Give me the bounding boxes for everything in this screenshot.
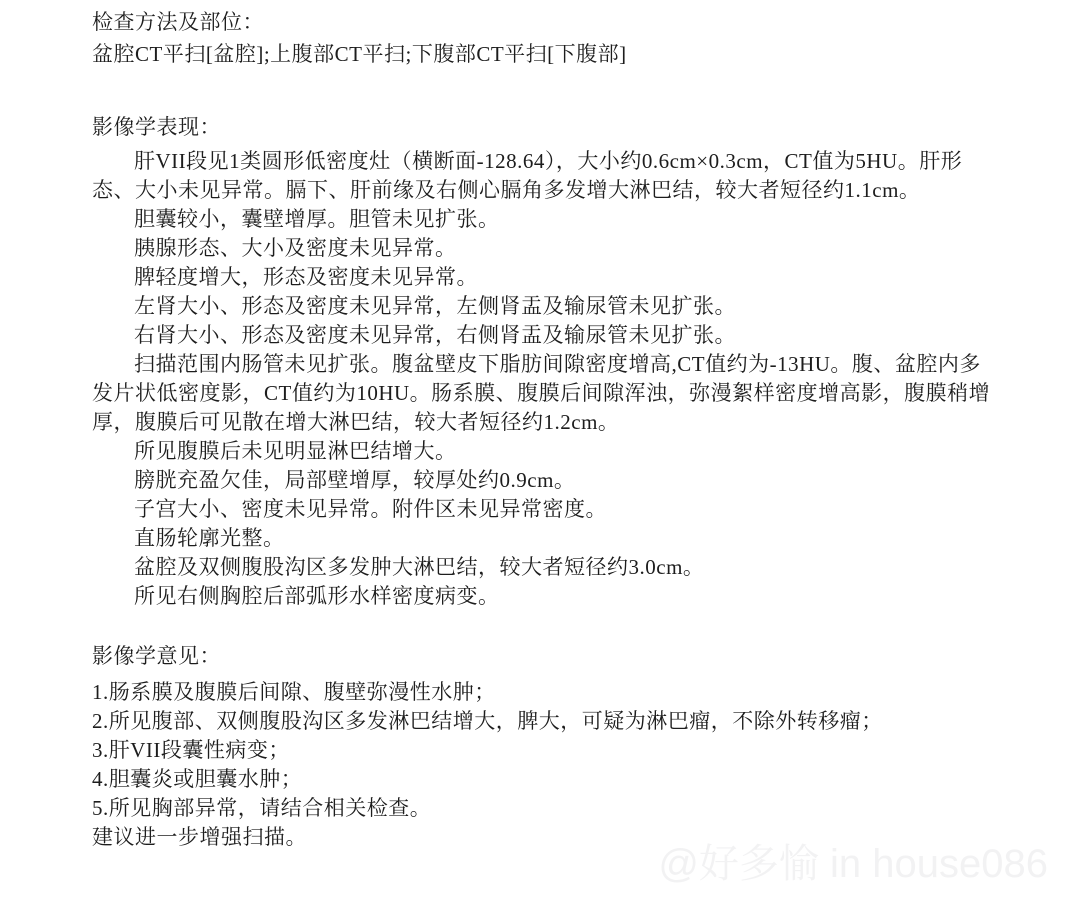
finding-paragraph: 子宫大小、密度未见异常。附件区未见异常密度。 xyxy=(92,495,994,524)
findings-section-heading: 影像学表现： xyxy=(92,113,994,142)
opinion-section-heading: 影像学意见： xyxy=(92,642,994,671)
finding-paragraph: 盆腔及双侧腹股沟区多发肿大淋巴结，较大者短径约3.0cm。 xyxy=(92,553,994,582)
report-page: 检查方法及部位： 盆腔CT平扫[盆腔];上腹部CT平扫;下腹部CT平扫[下腹部]… xyxy=(0,0,1080,903)
section-opinion: 影像学意见： 1.肠系膜及腹膜后间隙、腹壁弥漫性水肿； 2.所见腹部、双侧腹股沟… xyxy=(92,642,994,852)
finding-paragraph: 膀胱充盈欠佳，局部壁增厚，较厚处约0.9cm。 xyxy=(92,466,994,495)
finding-paragraph: 左肾大小、形态及密度未见异常，左侧肾盂及输尿管未见扩张。 xyxy=(92,292,994,321)
opinion-item: 4.胆囊炎或胆囊水肿； xyxy=(92,765,994,794)
finding-paragraph: 扫描范围内肠管未见扩张。腹盆壁皮下脂肪间隙密度增高,CT值约为-13HU。腹、盆… xyxy=(92,350,994,437)
section-method: 检查方法及部位： 盆腔CT平扫[盆腔];上腹部CT平扫;下腹部CT平扫[下腹部] xyxy=(92,8,994,69)
opinion-item: 2.所见腹部、双侧腹股沟区多发淋巴结增大，脾大，可疑为淋巴瘤，不除外转移瘤； xyxy=(92,707,994,736)
finding-paragraph: 肝VII段见1类圆形低密度灶（横断面-128.64），大小约0.6cm×0.3c… xyxy=(92,147,994,205)
opinion-items: 1.肠系膜及腹膜后间隙、腹壁弥漫性水肿； 2.所见腹部、双侧腹股沟区多发淋巴结增… xyxy=(92,678,994,823)
finding-paragraph: 胆囊较小，囊壁增厚。胆管未见扩张。 xyxy=(92,205,994,234)
finding-paragraph: 脾轻度增大，形态及密度未见异常。 xyxy=(92,263,994,292)
method-content: 盆腔CT平扫[盆腔];上腹部CT平扫;下腹部CT平扫[下腹部] xyxy=(92,40,994,69)
finding-paragraph: 胰腺形态、大小及密度未见异常。 xyxy=(92,234,994,263)
opinion-item: 3.肝VII段囊性病变； xyxy=(92,736,994,765)
findings-paragraphs: 肝VII段见1类圆形低密度灶（横断面-128.64），大小约0.6cm×0.3c… xyxy=(92,147,994,611)
watermark: @好多愉 in house086 xyxy=(658,832,1048,889)
finding-paragraph: 直肠轮廓光整。 xyxy=(92,524,994,553)
finding-paragraph: 所见腹膜后未见明显淋巴结增大。 xyxy=(92,437,994,466)
finding-paragraph: 右肾大小、形态及密度未见异常，右侧肾盂及输尿管未见扩张。 xyxy=(92,321,994,350)
method-section-heading: 检查方法及部位： xyxy=(92,8,994,37)
finding-paragraph: 所见右侧胸腔后部弧形水样密度病变。 xyxy=(92,582,994,611)
opinion-item: 5.所见胸部异常，请结合相关检查。 xyxy=(92,794,994,823)
opinion-item: 1.肠系膜及腹膜后间隙、腹壁弥漫性水肿； xyxy=(92,678,994,707)
report-content: 检查方法及部位： 盆腔CT平扫[盆腔];上腹部CT平扫;下腹部CT平扫[下腹部]… xyxy=(92,8,994,852)
section-findings: 影像学表现： 肝VII段见1类圆形低密度灶（横断面-128.64），大小约0.6… xyxy=(92,113,994,611)
